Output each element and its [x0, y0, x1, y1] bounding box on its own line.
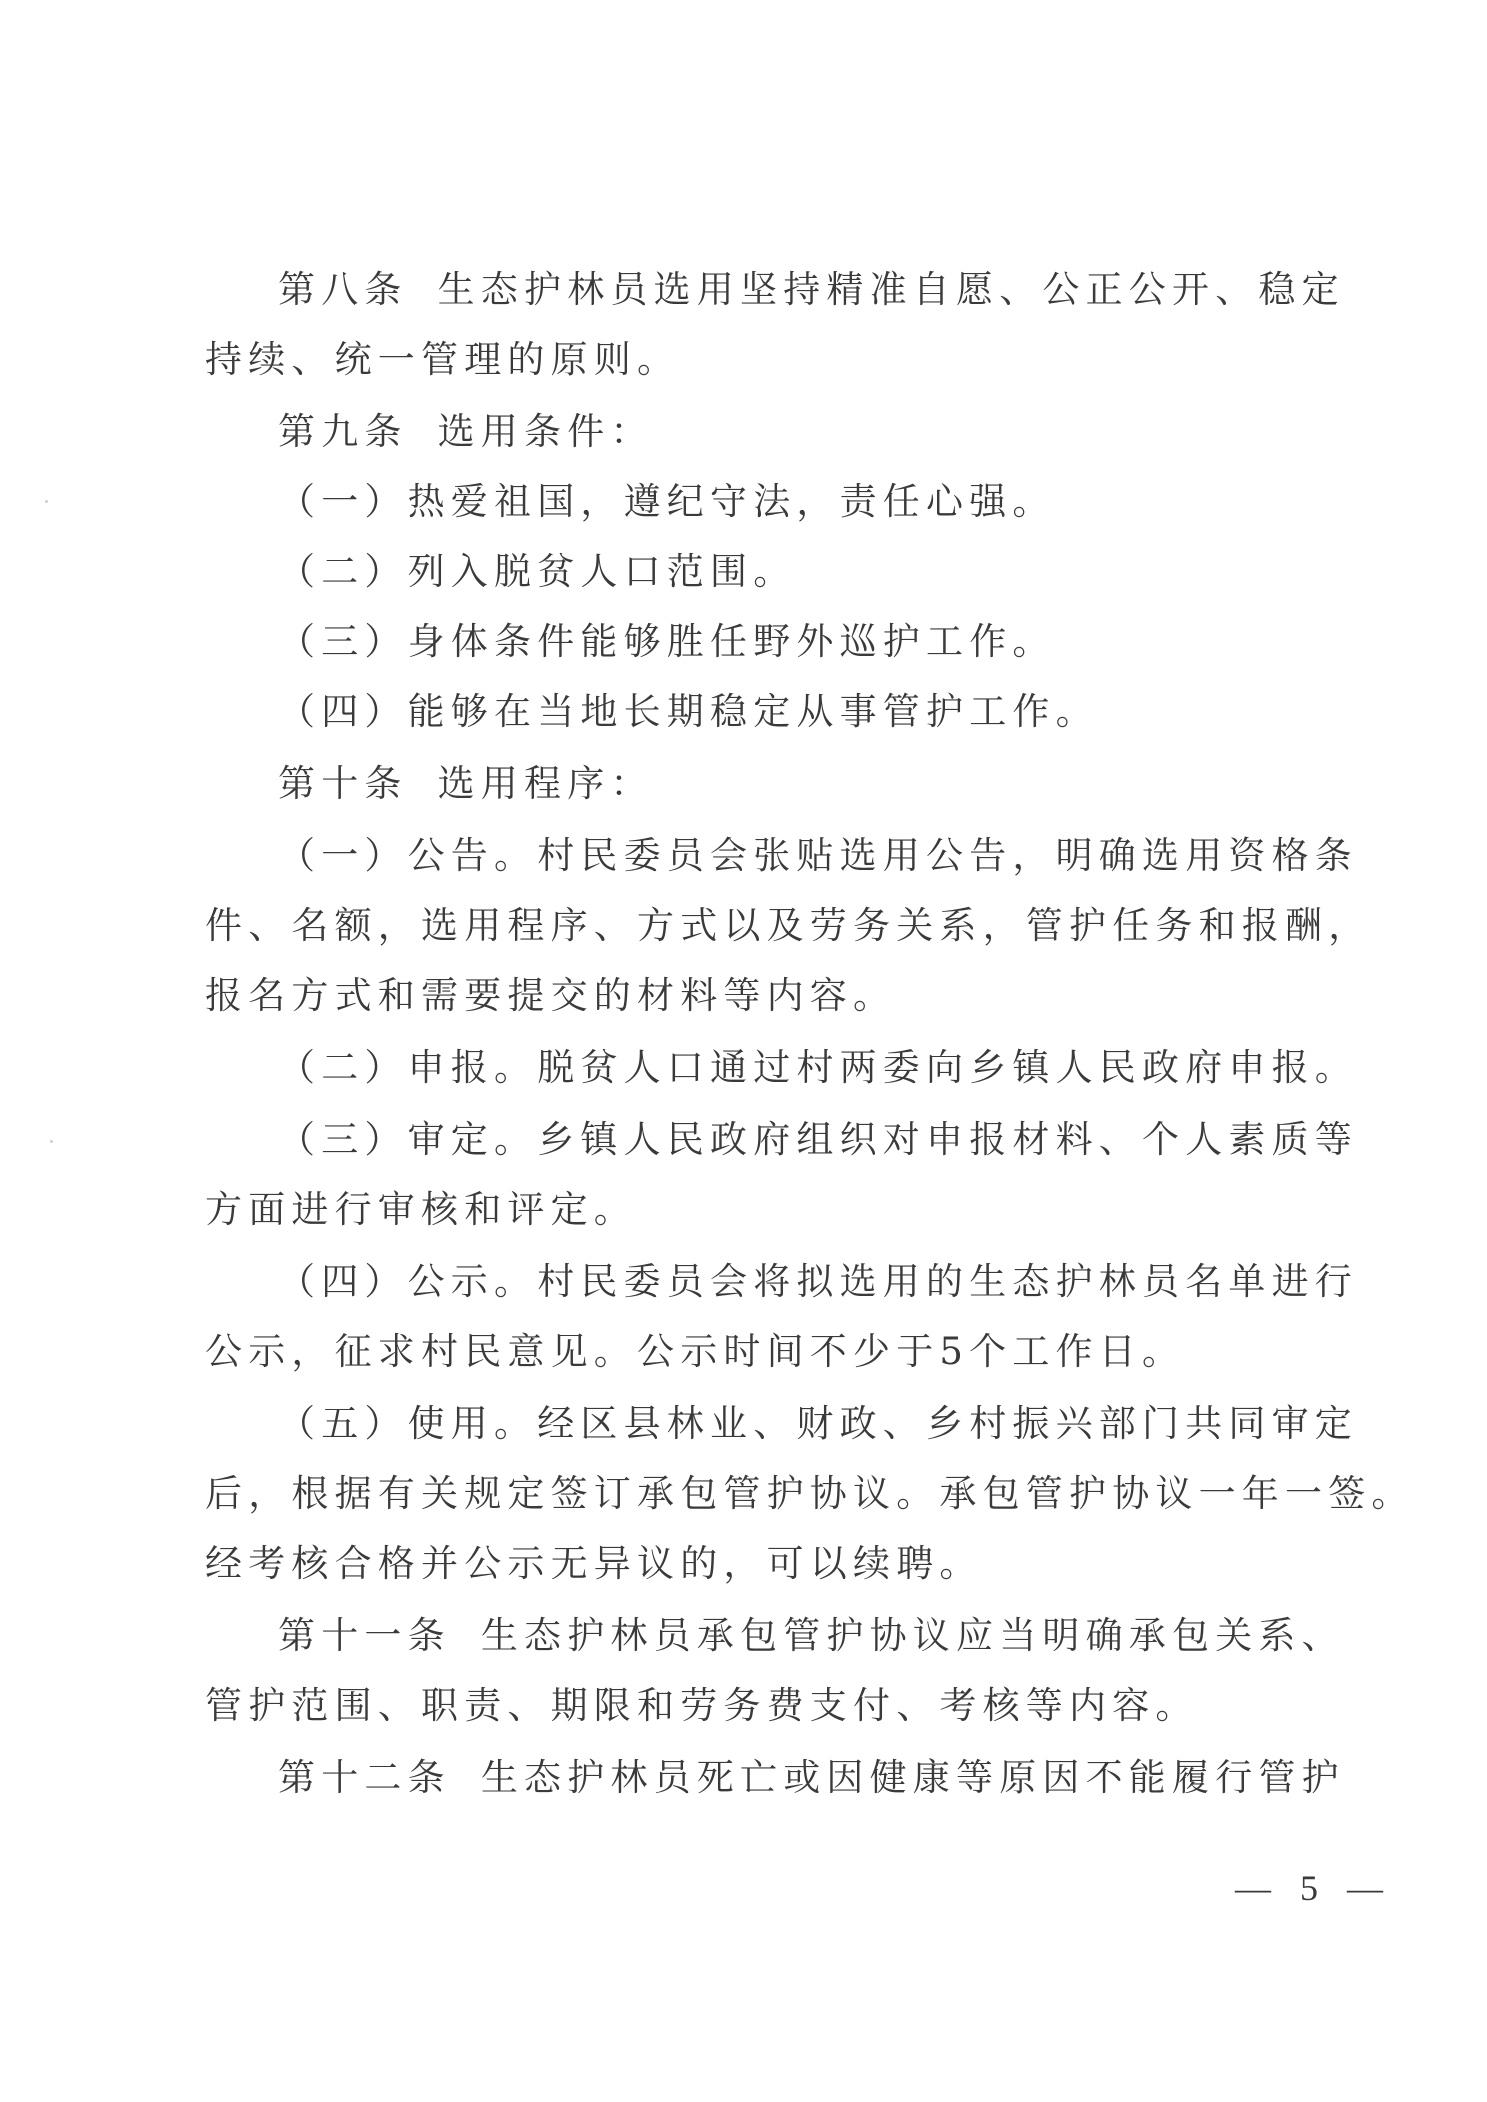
article-12-line-1: 第十二条生态护林员死亡或因健康等原因不能履行管护 [278, 1756, 1308, 1800]
procedure-4-line-2: 公示，征求村民意见。公示时间不少于5个工作日。 [205, 1330, 1305, 1374]
article-label: 第八条 [278, 268, 408, 311]
scan-speck [45, 500, 48, 503]
scan-speck [50, 1140, 53, 1143]
article-text: 生态护林员承包管护协议应当明确承包关系、 [481, 1614, 1345, 1657]
article-8-line-1: 第八条生态护林员选用坚持精准自愿、公正公开、稳定 [278, 268, 1308, 312]
article-8-line-2: 持续、统一管理的原则。 [205, 338, 1305, 382]
procedure-5-line-3: 经考核合格并公示无异议的，可以续聘。 [205, 1542, 1305, 1586]
article-label: 第九条 [278, 410, 408, 453]
article-10-heading: 第十条选用程序： [278, 762, 1308, 806]
condition-1: （一）热爱祖国，遵纪守法，责任心强。 [278, 480, 1308, 524]
procedure-3-line-1: （三）审定。乡镇人民政府组织对申报材料、个人素质等 [278, 1118, 1308, 1162]
article-text: 选用程序： [438, 762, 654, 805]
condition-3: （三）身体条件能够胜任野外巡护工作。 [278, 620, 1308, 664]
article-11-line-2: 管护范围、职责、期限和劳务费支付、考核等内容。 [205, 1684, 1305, 1728]
procedure-1-line-1: （一）公告。村民委员会张贴选用公告，明确选用资格条 [278, 834, 1308, 878]
article-9-heading: 第九条选用条件： [278, 410, 1308, 454]
procedure-3-line-2: 方面进行审核和评定。 [205, 1188, 1305, 1232]
article-text: 选用条件： [438, 410, 654, 453]
condition-2: （二）列入脱贫人口范围。 [278, 550, 1308, 594]
page-number: — 5 — [1235, 1866, 1393, 1910]
procedure-1-line-3: 报名方式和需要提交的材料等内容。 [205, 974, 1305, 1018]
procedure-4-line-1: （四）公示。村民委员会将拟选用的生态护林员名单进行 [278, 1260, 1308, 1304]
procedure-5-line-1: （五）使用。经区县林业、财政、乡村振兴部门共同审定 [278, 1402, 1308, 1446]
article-label: 第十条 [278, 762, 408, 805]
procedure-1-line-2: 件、名额，选用程序、方式以及劳务关系，管护任务和报酬， [205, 904, 1305, 948]
article-text: 生态护林员选用坚持精准自愿、公正公开、稳定 [438, 268, 1345, 311]
condition-4: （四）能够在当地长期稳定从事管护工作。 [278, 690, 1308, 734]
document-page: 第八条生态护林员选用坚持精准自愿、公正公开、稳定 持续、统一管理的原则。 第九条… [0, 0, 1487, 2102]
procedure-2: （二）申报。脱贫人口通过村两委向乡镇人民政府申报。 [278, 1046, 1308, 1090]
procedure-5-line-2: 后，根据有关规定签订承包管护协议。承包管护协议一年一签。 [205, 1472, 1305, 1516]
article-label: 第十一条 [278, 1614, 451, 1657]
article-label: 第十二条 [278, 1756, 451, 1799]
article-text: 生态护林员死亡或因健康等原因不能履行管护 [481, 1756, 1345, 1799]
article-11-line-1: 第十一条生态护林员承包管护协议应当明确承包关系、 [278, 1614, 1308, 1658]
